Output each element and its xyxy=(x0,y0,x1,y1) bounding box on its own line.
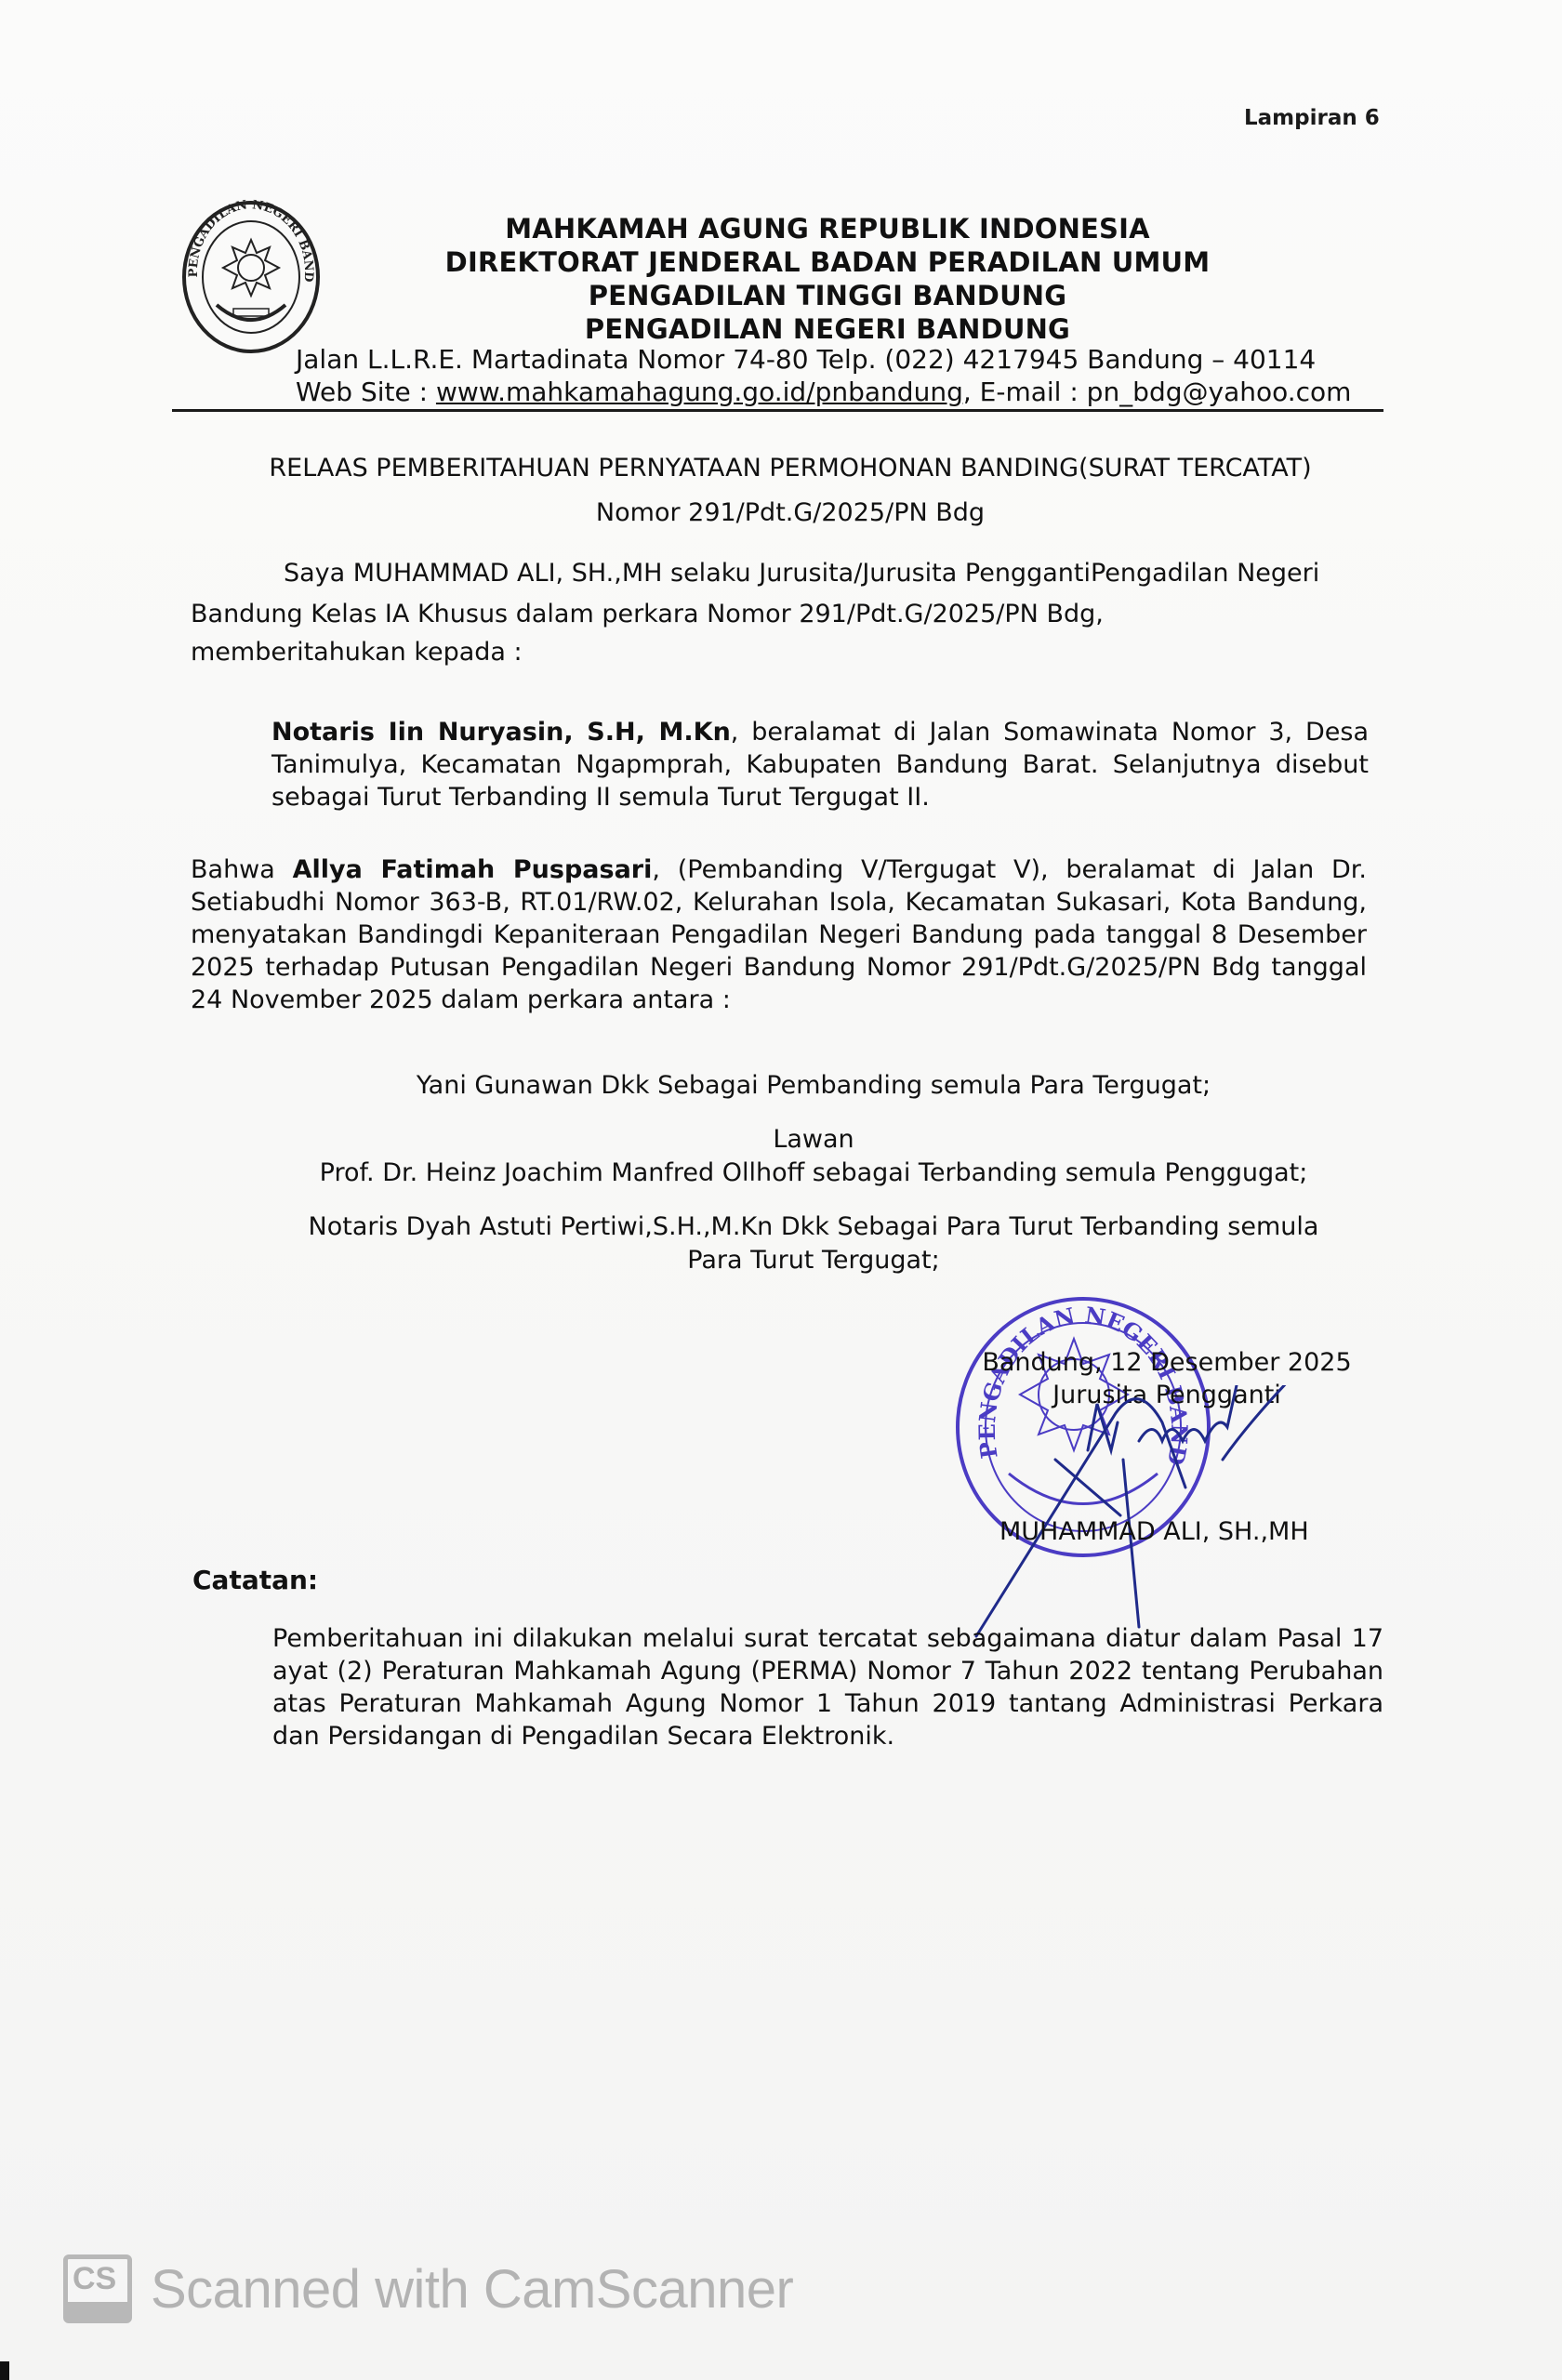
email-text: , E-mail : pn_bdg@yahoo.com xyxy=(963,377,1352,407)
court-contact: Web Site : www.mahkamahagung.go.id/pnban… xyxy=(296,377,1351,408)
case-number: Nomor 291/Pdt.G/2025/PN Bdg xyxy=(186,491,1395,535)
attachment-label: Lampiran 6 xyxy=(1244,106,1380,130)
title-line-1: RELAAS PEMBERITAHUAN PERNYATAAN PERMOHON… xyxy=(186,446,1395,491)
website-label: Web Site : xyxy=(296,377,436,407)
appeal-statement-paragraph: Bahwa Allya Fatimah Puspasari, (Pembandi… xyxy=(191,853,1367,1016)
intro-line-2: Bandung Kelas IA Khusus dalam perkara No… xyxy=(191,596,1367,633)
party-co-respondent-line-1: Notaris Dyah Astuti Pertiwi,S.H.,M.Kn Dk… xyxy=(232,1210,1395,1244)
letterhead-divider xyxy=(172,409,1383,412)
party-co-respondent-line-2: Para Turut Tergugat; xyxy=(232,1244,1395,1277)
scan-edge-artifact xyxy=(0,2361,9,2380)
website-link[interactable]: www.mahkamahagung.go.id/pnbandung xyxy=(436,377,963,407)
camscanner-logo-icon: CS xyxy=(63,2254,132,2323)
note-label: Catatan: xyxy=(192,1565,318,1595)
scanned-document-page: Lampiran 6 PENGADILAN NEGERI BANDUNG MAH… xyxy=(0,0,1562,2380)
recipient-name: Notaris Iin Nuryasin, S.H, M.Kn xyxy=(271,718,731,747)
signature-block: Bandung, 12 Desember 2025 Jurusita Pengg… xyxy=(967,1346,1367,1411)
appellant-name: Allya Fatimah Puspasari xyxy=(293,855,653,884)
note-paragraph: Pemberitahuan ini dilakukan melalui sura… xyxy=(272,1622,1383,1752)
letterhead-line-1: MAHKAMAH AGUNG REPUBLIK INDONESIA xyxy=(279,212,1376,245)
camscanner-watermark: CS Scanned with CamScanner xyxy=(63,2254,793,2323)
party-appellant: Yani Gunawan Dkk Sebagai Pembanding semu… xyxy=(232,1069,1395,1103)
letterhead-titles: MAHKAMAH AGUNG REPUBLIK INDONESIA DIREKT… xyxy=(279,212,1376,346)
letterhead-line-4: PENGADILAN NEGERI BANDUNG xyxy=(279,312,1376,346)
intro-line-3: memberitahukan kepada : xyxy=(191,633,1367,672)
signature-place-date: Bandung, 12 Desember 2025 xyxy=(967,1346,1367,1379)
intro-paragraph: Saya MUHAMMAD ALI, SH.,MH selaku Jurusit… xyxy=(191,551,1367,672)
letterhead-line-3: PENGADILAN TINGGI BANDUNG xyxy=(279,279,1376,312)
signatory-name: MUHAMMAD ALI, SH.,MH xyxy=(999,1517,1309,1546)
party-respondent: Prof. Dr. Heinz Joachim Manfred Ollhoff … xyxy=(232,1157,1395,1190)
document-title: RELAAS PEMBERITAHUAN PERNYATAAN PERMOHON… xyxy=(186,446,1395,535)
watermark-text: Scanned with CamScanner xyxy=(151,2258,793,2320)
court-address: Jalan L.L.R.E. Martadinata Nomor 74-80 T… xyxy=(296,344,1316,376)
intro-line-1: Saya MUHAMMAD ALI, SH.,MH selaku Jurusit… xyxy=(284,559,1319,588)
party-versus: Lawan xyxy=(232,1123,1395,1157)
recipient-paragraph: Notaris Iin Nuryasin, S.H, M.Kn, beralam… xyxy=(271,716,1369,813)
case-parties: Yani Gunawan Dkk Sebagai Pembanding semu… xyxy=(232,1069,1395,1277)
signature-role: Jurusita Pengganti xyxy=(967,1379,1367,1411)
letterhead-line-2: DIREKTORAT JENDERAL BADAN PERADILAN UMUM xyxy=(279,245,1376,279)
